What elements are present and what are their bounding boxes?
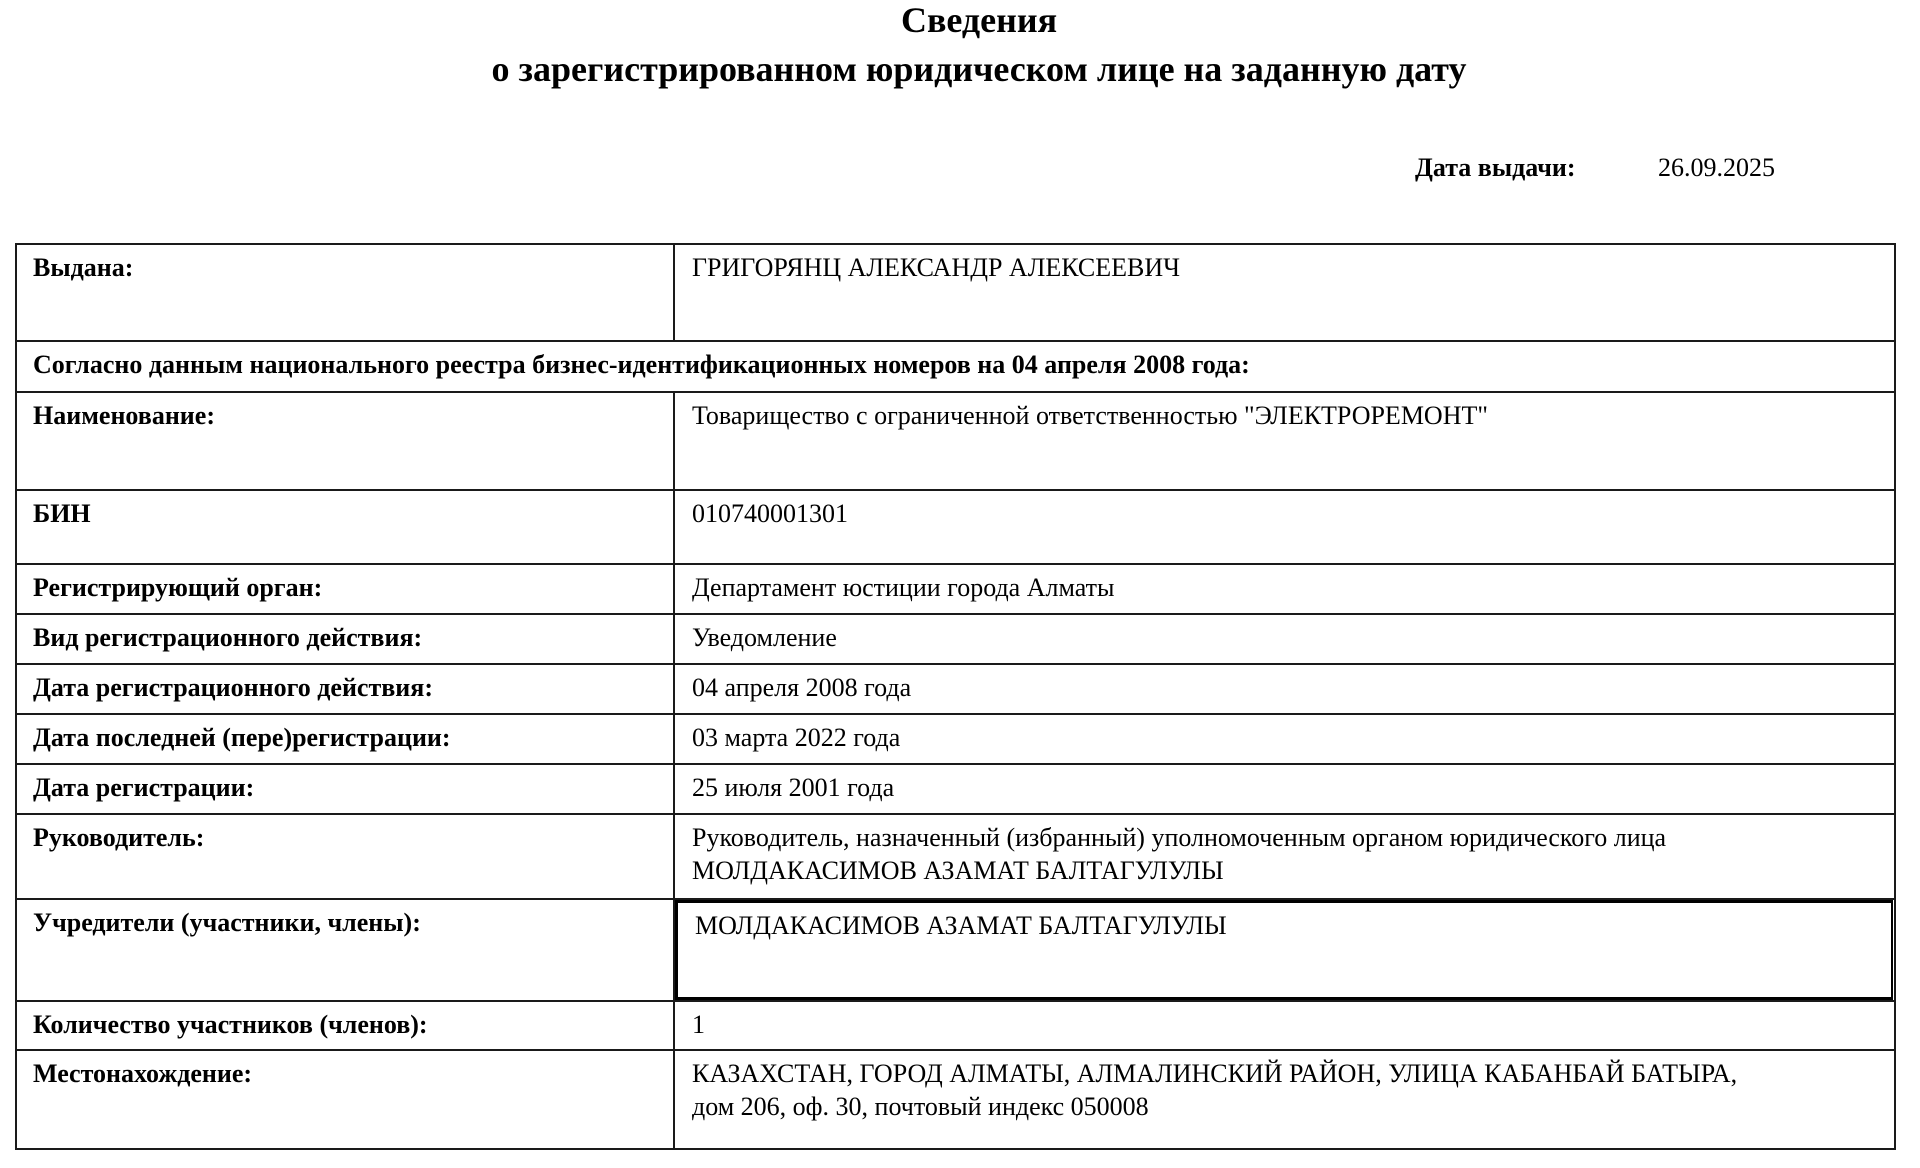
row-name: Наименование: Товарищество с ограниченно… (16, 392, 1895, 490)
registration-action-date-label: Дата регистрационного действия: (16, 664, 674, 714)
registration-action-type-value: Уведомление (674, 614, 1895, 664)
row-location: Местонахождение: КАЗАХСТАН, ГОРОД АЛМАТЫ… (16, 1050, 1895, 1149)
registration-date-value: 25 июля 2001 года (674, 764, 1895, 814)
issue-date-value: 26.09.2025 (1658, 153, 1775, 183)
bin-label: БИН (16, 490, 674, 564)
registering-authority-label: Регистрирующий орган: (16, 564, 674, 614)
row-registering-authority: Регистрирующий орган: Департамент юстици… (16, 564, 1895, 614)
company-info-table: Выдана: ГРИГОРЯНЦ АЛЕКСАНДР АЛЕКСЕЕВИЧ С… (15, 243, 1896, 1150)
last-reregistration-date-label: Дата последней (пере)регистрации: (16, 714, 674, 764)
founders-label: Учредители (участники, члены): (16, 899, 674, 1001)
row-last-reregistration-date: Дата последней (пере)регистрации: 03 мар… (16, 714, 1895, 764)
head-name: МОЛДАКАСИМОВ АЗАМАТ БАЛТАГУЛУЛЫ (692, 854, 1880, 887)
location-value: КАЗАХСТАН, ГОРОД АЛМАТЫ, АЛМАЛИНСКИЙ РАЙ… (674, 1050, 1895, 1149)
last-reregistration-date-value: 03 марта 2022 года (674, 714, 1895, 764)
row-members-count: Количество участников (членов): 1 (16, 1001, 1895, 1050)
founders-cell: МОЛДАКАСИМОВ АЗАМАТ БАЛТАГУЛУЛЫ (674, 899, 1895, 1001)
registration-action-date-value: 04 апреля 2008 года (674, 664, 1895, 714)
location-line-1: КАЗАХСТАН, ГОРОД АЛМАТЫ, АЛМАЛИНСКИЙ РАЙ… (692, 1057, 1880, 1090)
row-founders: Учредители (участники, члены): МОЛДАКАСИ… (16, 899, 1895, 1001)
members-count-label: Количество участников (членов): (16, 1001, 674, 1050)
name-value: Товарищество с ограниченной ответственно… (674, 392, 1895, 490)
registering-authority-value: Департамент юстиции города Алматы (674, 564, 1895, 614)
row-head: Руководитель: Руководитель, назначенный … (16, 814, 1895, 899)
row-bin: БИН 010740001301 (16, 490, 1895, 564)
document-subtitle: о зарегистрированном юридическом лице на… (0, 51, 1920, 87)
location-line-2: дом 206, оф. 30, почтовый индекс 050008 (692, 1090, 1880, 1123)
row-registry-note: Согласно данным национального реестра би… (16, 341, 1895, 392)
registration-date-label: Дата регистрации: (16, 764, 674, 814)
head-label: Руководитель: (16, 814, 674, 899)
head-value: Руководитель, назначенный (избранный) уп… (674, 814, 1895, 899)
founder-item: МОЛДАКАСИМОВ АЗАМАТ БАЛТАГУЛУЛЫ (695, 909, 1877, 942)
row-issued-to: Выдана: ГРИГОРЯНЦ АЛЕКСАНДР АЛЕКСЕЕВИЧ (16, 244, 1895, 341)
founders-list: МОЛДАКАСИМОВ АЗАМАТ БАЛТАГУЛУЛЫ (675, 900, 1893, 1000)
issue-date-label: Дата выдачи: (1415, 153, 1576, 182)
issued-to-value: ГРИГОРЯНЦ АЛЕКСАНДР АЛЕКСЕЕВИЧ (674, 244, 1895, 341)
bin-value: 010740001301 (674, 490, 1895, 564)
row-registration-action-type: Вид регистрационного действия: Уведомлен… (16, 614, 1895, 664)
head-position: Руководитель, назначенный (избранный) уп… (692, 821, 1880, 854)
issued-to-label: Выдана: (16, 244, 674, 341)
row-registration-date: Дата регистрации: 25 июля 2001 года (16, 764, 1895, 814)
row-registration-action-date: Дата регистрационного действия: 04 апрел… (16, 664, 1895, 714)
members-count-value: 1 (674, 1001, 1895, 1050)
registry-note: Согласно данным национального реестра би… (16, 341, 1895, 392)
registration-action-type-label: Вид регистрационного действия: (16, 614, 674, 664)
document-title: Сведения (0, 2, 1920, 38)
issue-date: Дата выдачи: 26.09.2025 (1415, 153, 1576, 183)
location-label: Местонахождение: (16, 1050, 674, 1149)
name-label: Наименование: (16, 392, 674, 490)
